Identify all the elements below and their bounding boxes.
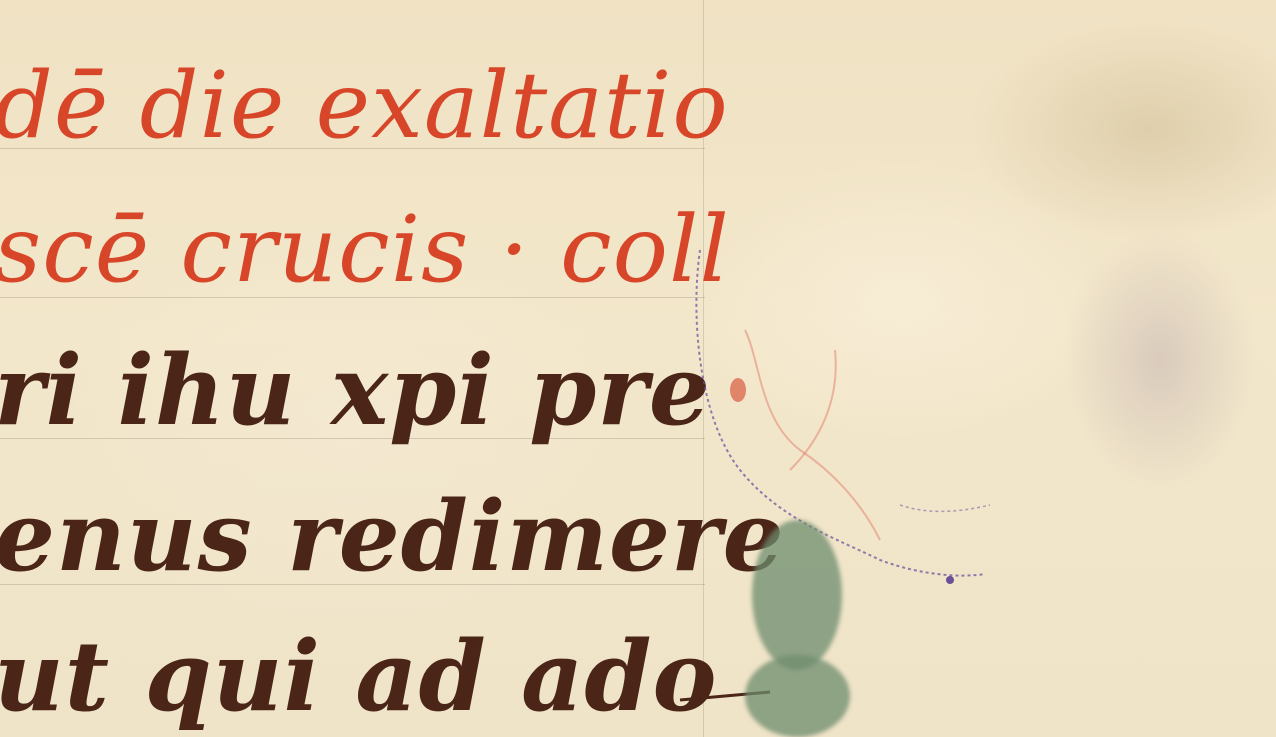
- green-stain-upper: [752, 520, 842, 670]
- green-stain-lower: [745, 655, 850, 737]
- marginal-sketch: [0, 0, 1276, 737]
